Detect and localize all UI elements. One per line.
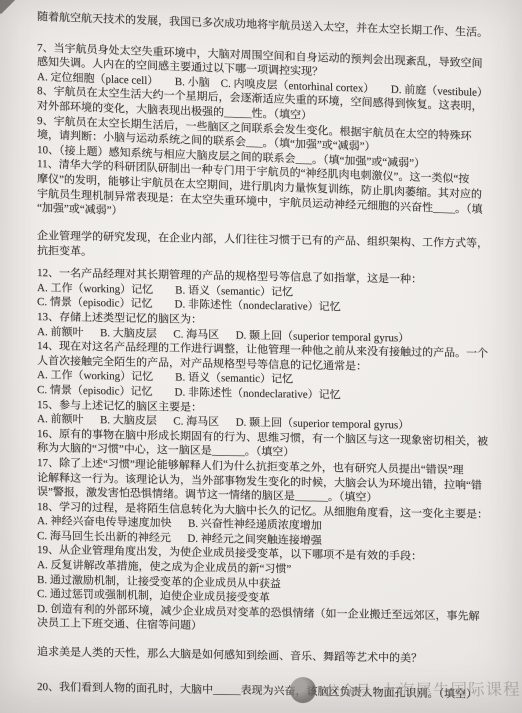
- watermark-prefix: 公众号: [325, 679, 372, 700]
- official-account-logo-icon: [290, 677, 316, 703]
- document-line: 随着航空航天技术的发展，我国已多次成功地将宇航员送入太空，并在太空长期工作、生活…: [37, 10, 518, 42]
- block-q14: 14、现在对这名产品经理的工作进行调整，让他管理一种他之前从来没有接触过的产品。…: [37, 339, 518, 406]
- block-q19: 19、从企业管理角度出发，为使企业成员接受变革，以下哪项不是有效的手段：A. 反…: [37, 543, 518, 639]
- document-line: 追求美是人类的天性，那么大脑是如何感知到绘画、音乐、舞蹈等艺术中的美？: [37, 645, 518, 668]
- block-q17: 17、除了上述“习惯”理论能够解释人们为什么抗拒变革之外，也有研究人员提出“错误…: [37, 456, 518, 508]
- watermark-brand: 上海犀牛国际课程: [380, 676, 520, 701]
- document-section-top: 随着航空航天技术的发展，我国已多次成功地将宇航员送入太空，并在太空长期工作、生活…: [37, 10, 518, 233]
- watermark: 公众号 上海犀牛国际课程: [290, 675, 521, 703]
- block-note-business: 企业管理学的研究发现，在企业内部，人们往往习惯于已有的产品、组织架构、工作方式等…: [37, 229, 518, 267]
- document-body: 随着航空航天技术的发展，我国已多次成功地将宇航员送入太空，并在太空长期工作、生活…: [0, 0, 522, 694]
- document-section-bottom: 企业管理学的研究发现，在企业内部，人们往往习惯于已有的产品、组织架构、工作方式等…: [37, 229, 518, 703]
- photographed-exam-page: 随着航空航天技术的发展，我国已多次成功地将宇航员送入太空，并在太空长期工作、生活…: [0, 0, 522, 713]
- block-intro: 随着航空航天技术的发展，我国已多次成功地将宇航员送入太空，并在太空长期工作、生活…: [37, 10, 518, 42]
- block-note-beauty: 追求美是人类的天性，那么大脑是如何感知到绘画、音乐、舞蹈等艺术中的美？: [37, 645, 518, 668]
